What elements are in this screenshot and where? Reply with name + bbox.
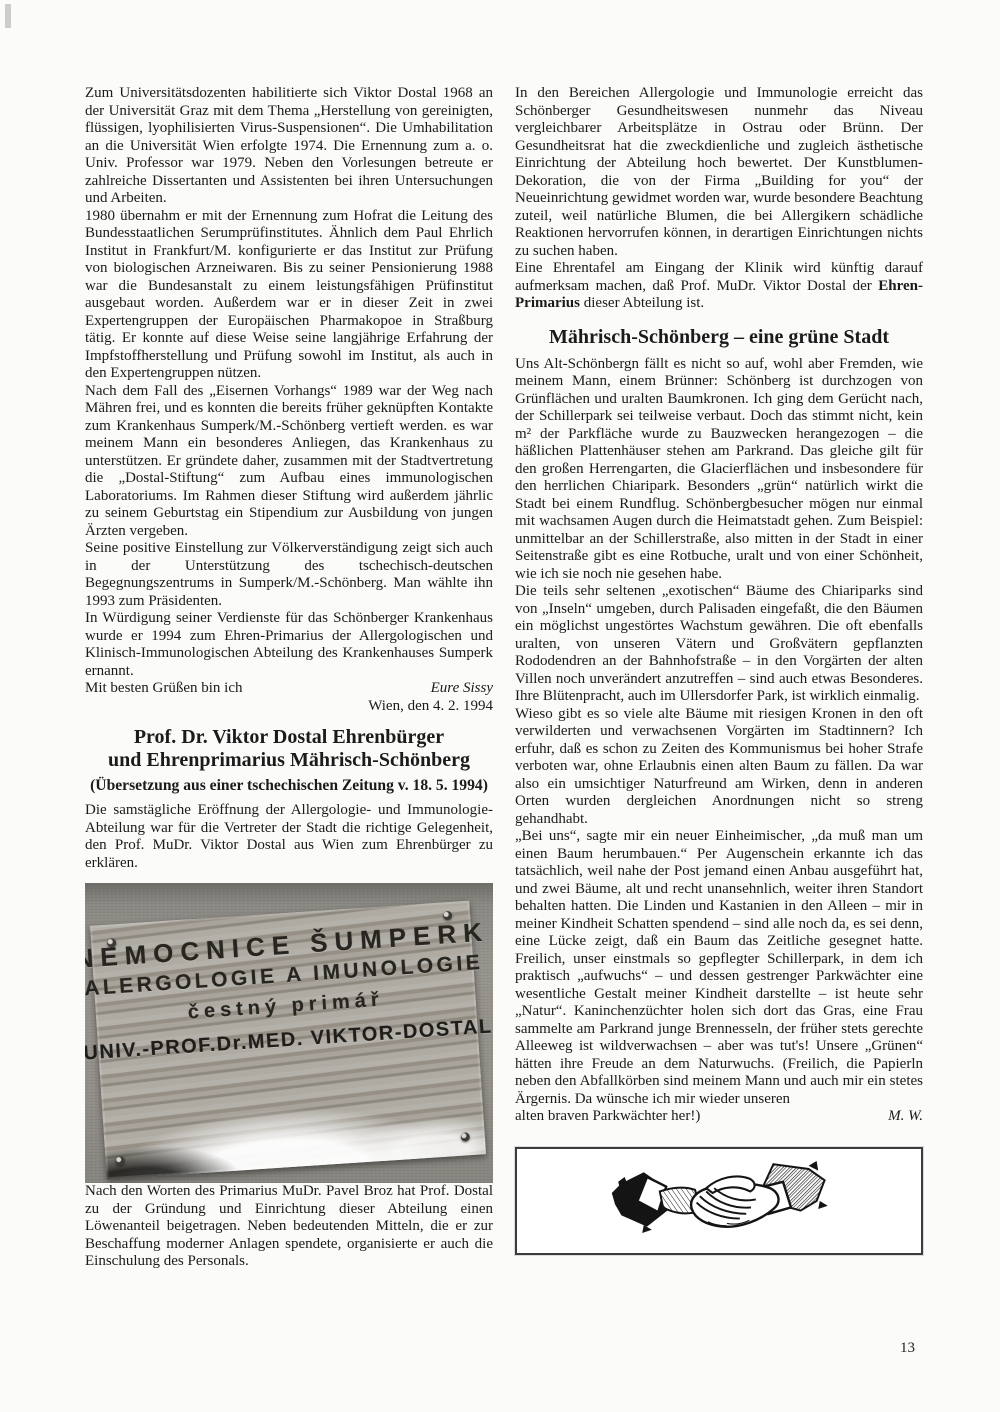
- handshake-box: [515, 1147, 923, 1255]
- plaque-line-name: UNIV.-PROF.Dr.MED. VIKTOR-DOSTAL: [85, 1018, 493, 1063]
- left-column: Zum Universitätsdozenten habilitierte si…: [85, 85, 493, 1271]
- paragraph: Uns Alt-Schönbergn fällt es nicht so auf…: [515, 356, 923, 584]
- closing-signature: Eure Sissy: [431, 680, 493, 698]
- paragraph: 1980 übernahm er mit der Ernennung zum H…: [85, 208, 493, 383]
- author-initials: M. W.: [888, 1108, 923, 1126]
- article-last-line: alten braven Parkwächter her!) M. W.: [515, 1108, 923, 1126]
- screw-icon: [461, 1132, 471, 1142]
- paragraph: Eine Ehrentafel am Eingang der Klinik wi…: [515, 260, 923, 313]
- screw-icon: [115, 1156, 125, 1166]
- article-subtitle: (Übersetzung aus einer tschechischen Zei…: [85, 776, 493, 795]
- article-intro: Die samstägliche Eröffnung der Allergolo…: [85, 802, 493, 872]
- paragraph: Seine positive Einstellung zur Völkerver…: [85, 540, 493, 610]
- closing-dateline: Wien, den 4. 2. 1994: [85, 698, 493, 716]
- paragraph-text: Eine Ehrentafel am Eingang der Klinik wi…: [515, 260, 923, 294]
- article-title: Prof. Dr. Viktor Dostal Ehrenbürger und …: [85, 726, 493, 772]
- photo-caption: Nach den Worten des Primarius MuDr. Pave…: [85, 1183, 493, 1271]
- paragraph: Die teils sehr seltenen „exotischen“ Bäu…: [515, 583, 923, 706]
- scan-artifact-mark: [5, 4, 11, 28]
- letter-closing: Mit besten Grüßen bin ich Eure Sissy: [85, 680, 493, 698]
- article-title-line1: Prof. Dr. Viktor Dostal Ehrenbürger: [85, 726, 493, 749]
- right-column: In den Bereichen Allergologie und Immuno…: [515, 85, 923, 1255]
- article-title-line2: und Ehrenprimarius Mährisch-Schönberg: [85, 749, 493, 772]
- hospital-plaque: NEMOCNICE ŠUMPERK ALERGOLOGIE A IMUNOLOG…: [90, 901, 486, 1180]
- closing-salutation: Mit besten Grüßen bin ich: [85, 680, 242, 698]
- page-number: 13: [900, 1340, 915, 1357]
- last-line-text: alten braven Parkwächter her!): [515, 1108, 700, 1126]
- magazine-page: Zum Universitätsdozenten habilitierte si…: [0, 0, 1000, 1412]
- plaque-line-honorary: čestný primář: [187, 992, 384, 1022]
- paragraph: In den Bereichen Allergologie und Immuno…: [515, 85, 923, 260]
- paragraph: In Würdigung seiner Verdienste für das S…: [85, 610, 493, 680]
- handshake-illustration: [594, 1153, 844, 1249]
- paragraph-text: dieser Abteilung ist.: [580, 295, 704, 311]
- paragraph: „Bei uns“, sagte mir ein neuer Einheimis…: [515, 828, 923, 1108]
- paragraph: Zum Universitätsdozenten habilitierte si…: [85, 85, 493, 208]
- plaque-photo: NEMOCNICE ŠUMPERK ALERGOLOGIE A IMUNOLOG…: [85, 883, 493, 1183]
- paragraph: Nach dem Fall des „Eisernen Vorhangs“ 19…: [85, 383, 493, 541]
- section-title: Mährisch-Schönberg – eine grüne Stadt: [515, 326, 923, 349]
- paragraph: Wieso gibt es so viele alte Bäume mit ri…: [515, 706, 923, 829]
